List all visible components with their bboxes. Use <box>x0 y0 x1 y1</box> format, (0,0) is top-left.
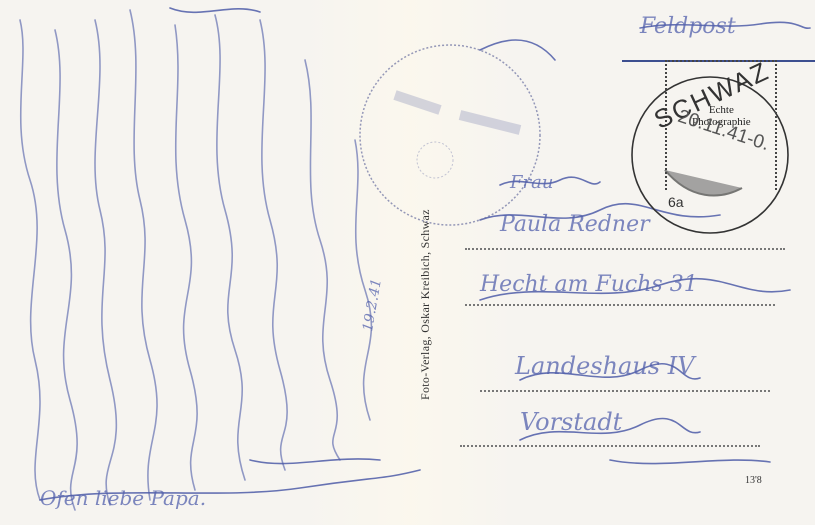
censor-stamp <box>360 45 540 225</box>
recipient-line-3: Hecht am Fuchs 31 <box>480 272 698 297</box>
recipient-line-5: Vorstadt <box>520 408 622 436</box>
address-line-3 <box>480 390 770 392</box>
print-code: 13'8 <box>745 475 762 486</box>
closing-line: Ofen liebe Papa. <box>40 486 206 510</box>
postcard-back: Echte Photographie SCHWAZ 20.11.41-0. 6a… <box>0 0 815 525</box>
feldpost-header: Feldpost <box>640 14 736 39</box>
postmark-code: 6a <box>668 194 684 210</box>
scribble-marks <box>40 8 555 500</box>
recipient-line-1: Frau <box>510 172 553 193</box>
address-line-4 <box>460 445 760 447</box>
recipient-line-2: Paula Redner <box>500 212 650 237</box>
address-line-1 <box>465 248 785 250</box>
recipient-line-4: Landeshaus IV <box>515 352 695 380</box>
address-line-2 <box>465 304 775 306</box>
publisher-imprint: Foto-Verlag, Oskar Kreibich, Schwaz <box>418 209 433 400</box>
message-handwriting <box>20 10 371 510</box>
